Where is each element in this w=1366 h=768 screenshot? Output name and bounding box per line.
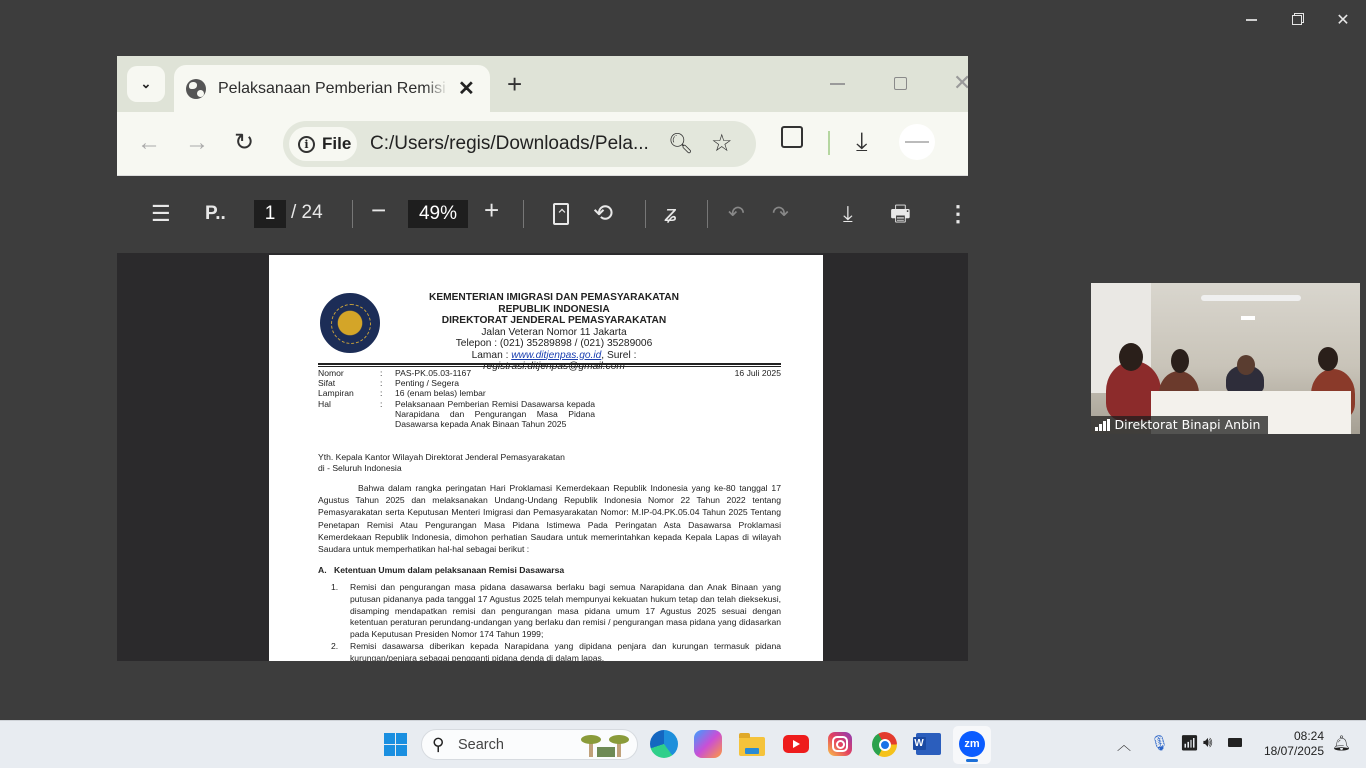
meta-key: Sifat	[318, 378, 380, 388]
toolbar-divider	[645, 200, 646, 228]
letterhead-country: REPUBLIK INDONESIA	[409, 304, 699, 316]
pdf-title: P..	[205, 202, 226, 226]
pdf-toolbar: ☰ P.. 1 / 24 − 49% + ⟲ ʑ ↶ ↷ ⤓ 🖶 ⋮	[117, 176, 968, 253]
annotate-pen-icon[interactable]: ʑ	[665, 202, 677, 226]
new-tab-button[interactable]: +	[507, 70, 522, 98]
youtube-glyph	[783, 735, 809, 753]
addressee-line: Yth. Kepala Kantor Wilayah Direktorat Je…	[318, 452, 565, 463]
copilot-icon[interactable]	[694, 730, 722, 758]
letterhead-rule-thin	[318, 366, 781, 367]
word-glyph: W	[916, 733, 941, 755]
bookmark-star-icon[interactable]: ☆	[711, 129, 733, 158]
zoom-out-icon[interactable]: −	[371, 198, 386, 222]
file-explorer-icon[interactable]	[738, 730, 766, 758]
active-app-indicator	[966, 759, 978, 762]
clock-date: 18/07/2025	[1254, 744, 1324, 759]
page-total: / 24	[291, 202, 323, 224]
browser-maximize-icon[interactable]	[894, 77, 907, 90]
zoom-out-magnifier-icon[interactable]: 🔍︎	[668, 131, 693, 156]
letterhead-rule	[318, 363, 781, 365]
participant-name-label: Direktorat Binapi Anbin	[1091, 416, 1268, 434]
section-number: A.	[318, 565, 334, 575]
letterhead-phone: Telepon : (021) 35289898 / (021) 3528900…	[409, 338, 699, 350]
chrome-icon[interactable]	[870, 730, 898, 758]
numbered-list: 1.Remisi dan pengurangan masa pidana das…	[331, 582, 781, 661]
pdf-page: KEMENTERIAN IMIGRASI DAN PEMASYARAKATAN …	[269, 255, 823, 661]
list-item: 2.Remisi dasawarsa diberikan kepada Nara…	[331, 641, 781, 661]
ministry-emblem-logo	[320, 293, 380, 353]
search-placeholder: Search	[458, 737, 504, 753]
fit-to-page-icon[interactable]	[553, 203, 569, 225]
signal-strength-icon	[1095, 419, 1110, 431]
zoom-in-icon[interactable]: +	[484, 198, 499, 222]
letter-metadata: Nomor:PAS-PK.05.03-1167 Sifat:Penting / …	[318, 368, 781, 429]
profile-avatar[interactable]	[899, 124, 935, 160]
meta-row-nomor: Nomor:PAS-PK.05.03-1167	[318, 368, 781, 378]
site-info-chip[interactable]: i File	[289, 127, 357, 161]
meta-colon: :	[380, 399, 395, 430]
tab-strip: ⌄ Pelaksanaan Pemberian Remisi Dasawarsa…	[117, 56, 968, 112]
notifications-bell-icon[interactable]: 🔔︎	[1332, 734, 1351, 752]
video-person-head	[1119, 343, 1143, 371]
meta-row-sifat: Sifat:Penting / Segera	[318, 378, 781, 388]
browser-minimize-icon[interactable]	[830, 83, 845, 85]
list-number: 2.	[331, 641, 350, 661]
forward-arrow-icon[interactable]: →	[185, 130, 209, 156]
profile-avatar-mark	[905, 141, 929, 143]
meta-value: PAS-PK.05.03-1167	[395, 368, 595, 378]
meta-value: Pelaksanaan Pemberian Remisi Dasawarsa k…	[395, 399, 595, 430]
section-title: Ketentuan Umum dalam pelaksanaan Remisi …	[334, 565, 564, 575]
browser-toolbar: ← → ↻ i File C:/Users/regis/Downloads/Pe…	[117, 112, 968, 176]
meta-value: 16 (enam belas) lembar	[395, 388, 595, 398]
body-paragraph: Bahwa dalam rangka peringatan Hari Prokl…	[318, 482, 781, 555]
show-hidden-icons-chevron-icon[interactable]: ︿	[1117, 735, 1131, 755]
rotate-icon[interactable]: ⟲	[593, 202, 613, 226]
letter-date: 16 Juli 2025	[735, 368, 781, 378]
active-tab[interactable]: Pelaksanaan Pemberian Remisi Dasawarsa ✕	[174, 65, 490, 112]
search-icon: ⚲	[432, 735, 444, 755]
toolbar-divider	[707, 200, 708, 228]
letterhead-directorate: DIREKTORAT JENDERAL PEMASYARAKATAN	[409, 315, 699, 327]
taskbar-search[interactable]: ⚲ Search	[421, 729, 638, 760]
toolbar-divider	[828, 131, 830, 155]
browser-close-icon[interactable]: ✕	[953, 70, 968, 96]
minimize-icon	[1246, 19, 1257, 21]
windows-start-icon[interactable]	[384, 733, 407, 756]
volume-icon[interactable]: 🔊︎	[1203, 734, 1212, 751]
info-icon: i	[298, 136, 315, 153]
zoom-window-controls: ✕	[1228, 0, 1366, 40]
instagram-glyph	[828, 732, 852, 756]
list-item: 1.Remisi dan pengurangan masa pidana das…	[331, 582, 781, 641]
video-person-head	[1318, 347, 1338, 371]
toolbar-divider	[523, 200, 524, 228]
youtube-icon[interactable]	[782, 730, 810, 758]
letterhead: KEMENTERIAN IMIGRASI DAN PEMASYARAKATAN …	[409, 292, 699, 373]
meta-key: Hal	[318, 399, 380, 430]
meta-row-lampiran: Lampiran:16 (enam belas) lembar	[318, 388, 781, 398]
extensions-puzzle-icon[interactable]	[781, 126, 803, 148]
back-arrow-icon[interactable]: ←	[137, 130, 161, 156]
video-person-head	[1237, 355, 1255, 375]
video-person-head	[1171, 349, 1189, 373]
system-clock[interactable]: 08:24 18/07/2025	[1254, 729, 1324, 759]
microphone-icon[interactable]: 🎙︎	[1150, 734, 1169, 752]
minimize-button[interactable]	[1228, 0, 1274, 40]
meta-row-hal: Hal:Pelaksanaan Pemberian Remisi Dasawar…	[318, 399, 781, 430]
search-highlight-illustration	[581, 733, 629, 757]
email-label: , Surel :	[601, 350, 636, 361]
chevron-down-icon: ⌄	[141, 76, 152, 92]
participant-video-tile[interactable]: Direktorat Binapi Anbin	[1091, 283, 1360, 434]
wifi-icon[interactable]: 📶︎	[1180, 734, 1199, 752]
site-info-label: File	[322, 134, 351, 154]
downloads-icon[interactable]: ⤓	[856, 126, 868, 158]
instagram-icon[interactable]	[826, 730, 854, 758]
meta-key: Lampiran	[318, 388, 380, 398]
list-text: Remisi dan pengurangan masa pidana dasaw…	[350, 582, 781, 641]
meta-colon: :	[380, 378, 395, 388]
redo-icon[interactable]: ↷	[772, 202, 789, 226]
list-number: 1.	[331, 582, 350, 641]
undo-icon[interactable]: ↶	[728, 202, 745, 226]
addressee-line: di - Seluruh Indonesia	[318, 463, 565, 474]
address-bar[interactable]: i File C:/Users/regis/Downloads/Pela... …	[283, 121, 756, 167]
edge-icon[interactable]	[650, 730, 678, 758]
letterhead-ministry: KEMENTERIAN IMIGRASI DAN PEMASYARAKATAN	[409, 292, 699, 304]
pdf-download-icon[interactable]: ⤓	[843, 202, 853, 226]
zoom-app-icon[interactable]: zm	[953, 726, 991, 764]
tab-search-button[interactable]: ⌄	[127, 66, 165, 102]
website-link[interactable]: www.ditjenpas.go.id	[511, 350, 601, 361]
globe-icon	[186, 79, 206, 99]
print-icon[interactable]: 🖶	[890, 202, 911, 226]
close-icon: ✕	[1336, 10, 1349, 30]
restore-icon-back	[1292, 15, 1302, 25]
folder-glyph	[739, 737, 765, 756]
pdf-more-icon[interactable]: ⋮	[947, 202, 968, 226]
page-number-input[interactable]: 1	[254, 200, 286, 228]
zoom-level-input[interactable]: 49%	[408, 200, 468, 228]
word-icon[interactable]: W	[914, 730, 942, 758]
taskbar: ⚲ Search W zm ︿ 🎙︎ 📶︎ 🔊︎ 08:24 18/07/202…	[0, 720, 1366, 768]
participant-name: Direktorat Binapi Anbin	[1115, 416, 1261, 434]
close-button[interactable]: ✕	[1320, 0, 1366, 40]
video-ceiling-light	[1201, 295, 1301, 301]
meta-colon: :	[380, 388, 395, 398]
chrome-glyph	[872, 732, 897, 757]
zoom-glyph: zm	[959, 731, 985, 757]
meta-colon: :	[380, 368, 395, 378]
battery-icon[interactable]	[1228, 734, 1242, 751]
web-label: Laman :	[472, 350, 512, 361]
meta-value: Penting / Segera	[395, 378, 595, 388]
video-light	[1241, 316, 1255, 320]
tab-title: Pelaksanaan Pemberian Remisi Dasawarsa	[218, 80, 448, 98]
section-heading: A.Ketentuan Umum dalam pelaksanaan Remis…	[318, 565, 564, 575]
toolbar-divider	[352, 200, 353, 228]
list-text: Remisi dasawarsa diberikan kepada Narapi…	[350, 641, 781, 661]
restore-button[interactable]	[1274, 0, 1320, 40]
hamburger-menu-icon[interactable]: ☰	[151, 202, 171, 226]
reload-icon[interactable]: ↻	[234, 130, 254, 156]
pdf-document-area[interactable]: KEMENTERIAN IMIGRASI DAN PEMASYARAKATAN …	[117, 253, 968, 661]
url-text[interactable]: C:/Users/regis/Downloads/Pela...	[370, 133, 649, 155]
meta-key: Nomor	[318, 368, 380, 378]
close-tab-icon[interactable]: ✕	[458, 76, 475, 101]
addressee: Yth. Kepala Kantor Wilayah Direktorat Je…	[318, 452, 565, 473]
letterhead-address: Jalan Veteran Nomor 11 Jakarta	[409, 327, 699, 339]
clock-time: 08:24	[1254, 729, 1324, 744]
word-letter: W	[913, 737, 926, 750]
shared-browser-window: ⌄ Pelaksanaan Pemberian Remisi Dasawarsa…	[117, 56, 968, 661]
more-menu-icon[interactable]: ⋮	[959, 126, 968, 136]
